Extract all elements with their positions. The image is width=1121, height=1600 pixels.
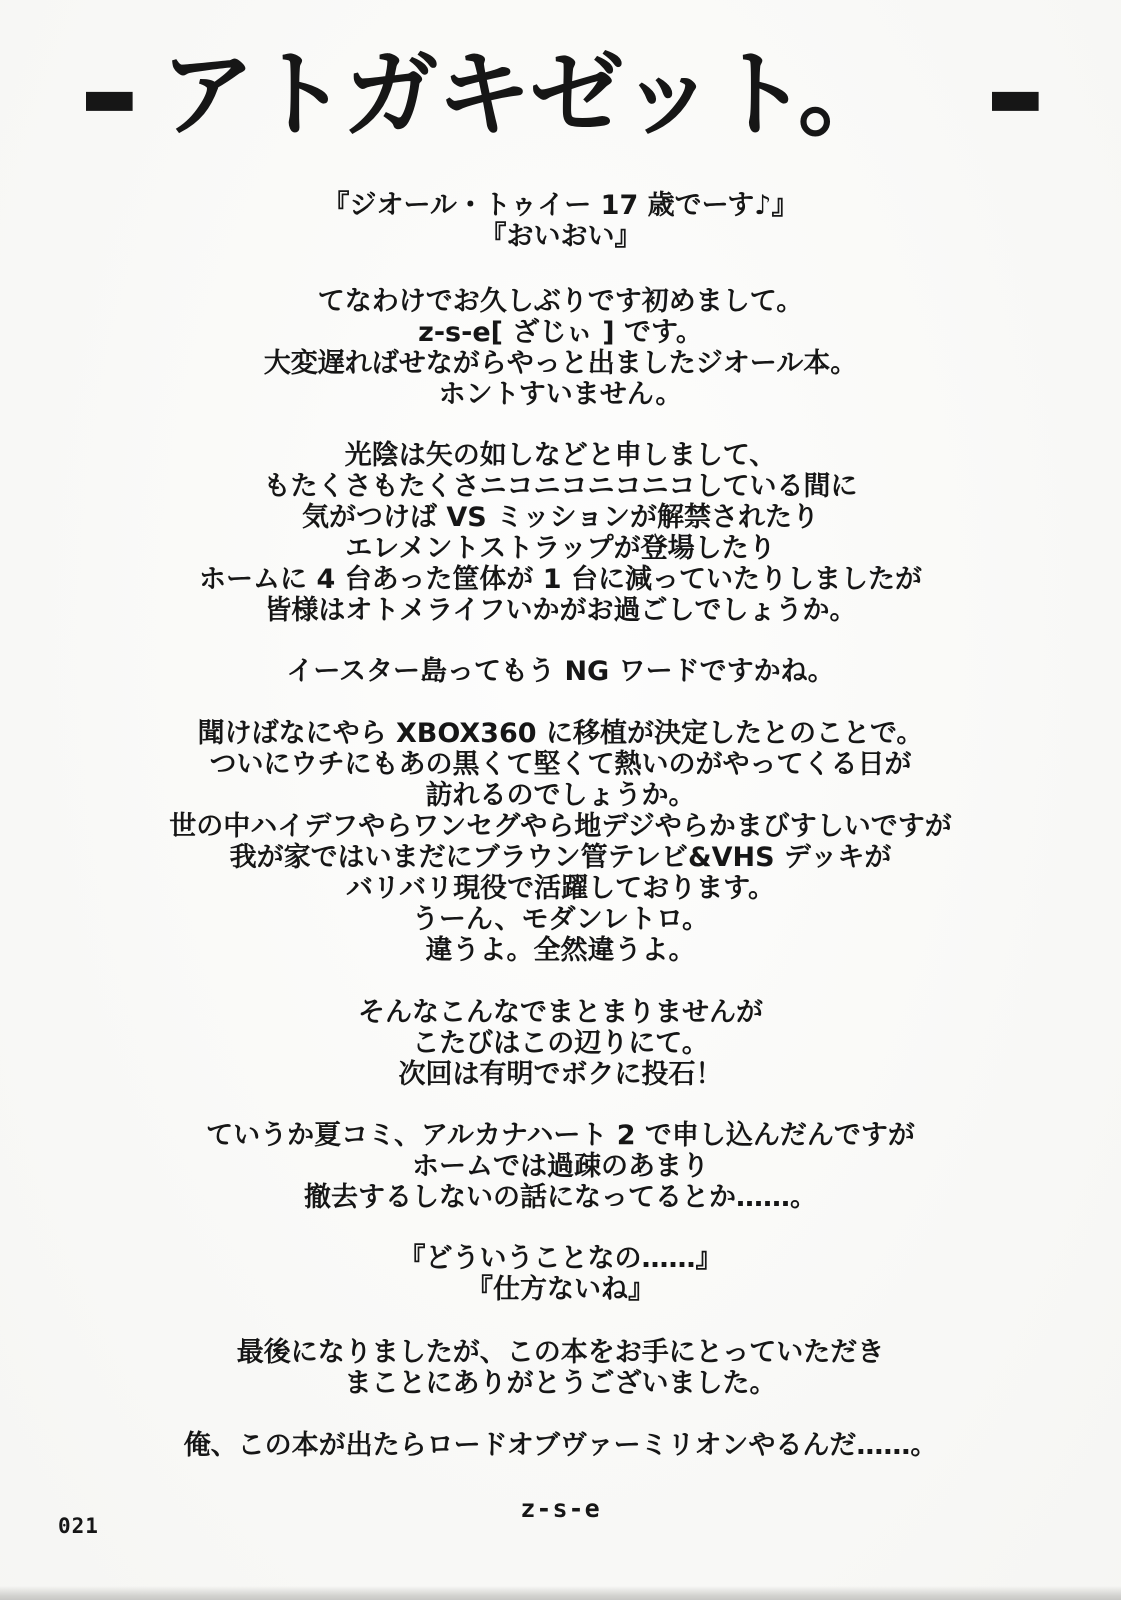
paragraph-xbox360: 聞けばなにやら XBOX360 に移植が決定したとのことで。 ついにウチにもあの… xyxy=(0,718,1121,966)
text-line: ホントすいません。 xyxy=(0,379,1121,410)
paragraph-postscript: 俺、この本が出たらロードオブヴァーミリオンやるんだ……。 xyxy=(0,1430,1121,1461)
scanned-afterword-page: - アトガキゼット。 - 『ジオール・トゥイー 17 歳でーす♪』 『おいおい』… xyxy=(0,0,1121,1600)
text-line: 皆様はオトメライフいかがお過ごしでしょうか。 xyxy=(0,595,1121,626)
text-line: 大変遅ればせながらやっと出ましたジオール本。 xyxy=(0,348,1121,379)
paragraph-dialogue-intro: 『ジオール・トゥイー 17 歳でーす♪』 『おいおい』 xyxy=(0,190,1121,252)
title-dash-right: - xyxy=(984,12,1044,178)
scan-edge-shadow xyxy=(0,1586,1121,1600)
paragraph-greeting: てなわけでお久しぶりです初めまして。 z-s-e[ ざじぃ ] です。 大変遅れ… xyxy=(0,286,1121,410)
paragraph-easter-island: イースター島ってもう NG ワードですかね。 xyxy=(0,656,1121,687)
paragraph-dialogue-closing: 『どういうことなの……』 『仕方ないね』 xyxy=(0,1243,1121,1305)
text-line: 俺、この本が出たらロードオブヴァーミリオンやるんだ……。 xyxy=(0,1430,1121,1461)
text-line: 『おいおい』 xyxy=(0,221,1121,252)
text-line: 気がつけば VS ミッションが解禁されたり xyxy=(0,502,1121,533)
text-line: もたくさもたくさニコニコニコニコしている間に xyxy=(0,471,1121,502)
text-line: 次回は有明でボクに投石！ xyxy=(0,1059,1121,1090)
text-line: 撤去するしないの話になってるとか……。 xyxy=(0,1182,1121,1213)
text-line: 『仕方ないね』 xyxy=(0,1274,1121,1305)
paragraph-wrap-up: そんなこんなでまとまりませんが こたびはこの辺りにて。 次回は有明でボクに投石！ xyxy=(0,997,1121,1090)
text-line: ホームでは過疎のあまり xyxy=(0,1151,1121,1182)
text-line: ていうか夏コミ、アルカナハート 2 で申し込んだんですが xyxy=(0,1120,1121,1151)
text-line: 最後になりましたが、この本をお手にとっていただき xyxy=(0,1337,1121,1368)
title-dash-left: - xyxy=(77,12,137,178)
text-line: バリバリ現役で活躍しております。 xyxy=(0,873,1121,904)
page-number: 021 xyxy=(58,1514,99,1538)
text-line: z-s-e[ ざじぃ ] です。 xyxy=(0,317,1121,348)
text-line: 訪れるのでしょうか。 xyxy=(0,780,1121,811)
text-line: てなわけでお久しぶりです初めまして。 xyxy=(0,286,1121,317)
text-line: ついにウチにもあの黒くて堅くて熱いのがやってくる日が xyxy=(0,749,1121,780)
paragraph-natsucomi: ていうか夏コミ、アルカナハート 2 で申し込んだんですが ホームでは過疎のあまり… xyxy=(0,1120,1121,1213)
page-title: - アトガキゼット。 - xyxy=(0,36,1121,155)
text-line: 世の中ハイデフやらワンセグやら地デジやらかまびすしいですが xyxy=(0,811,1121,842)
paragraph-time-flies: 光陰は矢の如しなどと申しまして、 もたくさもたくさニコニコニコニコしている間に … xyxy=(0,440,1121,626)
author-signature: z-s-e xyxy=(0,1494,1121,1523)
text-line: ホームに 4 台あった筐体が 1 台に減っていたりしましたが xyxy=(0,564,1121,595)
text-line: 『どういうことなの……』 xyxy=(0,1243,1121,1274)
text-line: そんなこんなでまとまりませんが xyxy=(0,997,1121,1028)
text-line: イースター島ってもう NG ワードですかね。 xyxy=(0,656,1121,687)
text-line: 光陰は矢の如しなどと申しまして、 xyxy=(0,440,1121,471)
paragraph-thanks: 最後になりましたが、この本をお手にとっていただき まことにありがとうございました… xyxy=(0,1337,1121,1399)
text-line: こたびはこの辺りにて。 xyxy=(0,1028,1121,1059)
title-text: アトガキゼット。 xyxy=(160,36,891,155)
text-line: 『ジオール・トゥイー 17 歳でーす♪』 xyxy=(0,190,1121,221)
text-line: 聞けばなにやら XBOX360 に移植が決定したとのことで。 xyxy=(0,718,1121,749)
text-line: エレメントストラップが登場したり xyxy=(0,533,1121,564)
text-line: うーん、モダンレトロ。 xyxy=(0,904,1121,935)
text-line: まことにありがとうございました。 xyxy=(0,1368,1121,1399)
text-line: 違うよ。全然違うよ。 xyxy=(0,935,1121,966)
text-line: 我が家ではいまだにブラウン管テレビ&VHS デッキが xyxy=(0,842,1121,873)
